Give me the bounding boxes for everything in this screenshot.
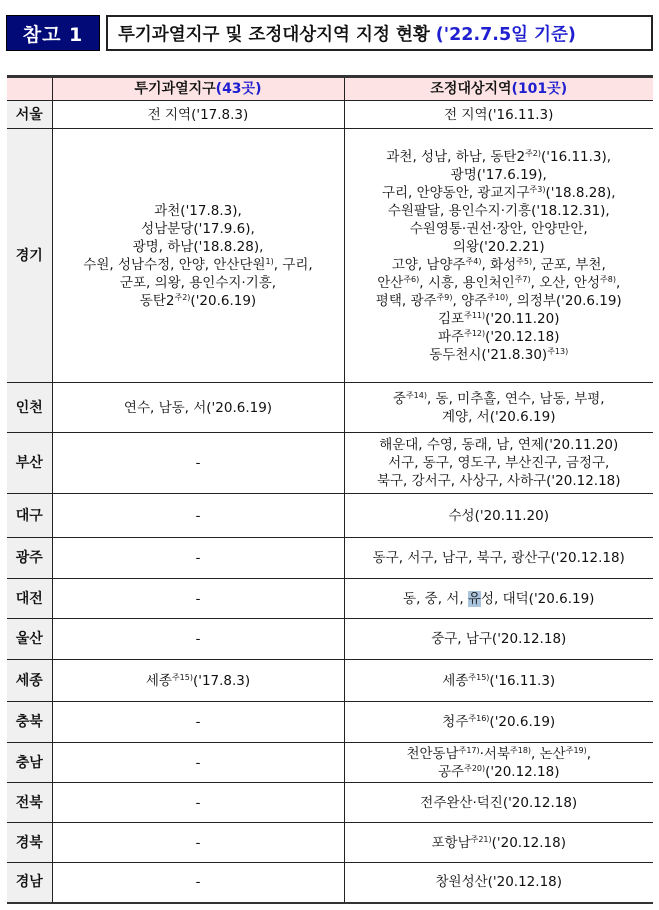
- text-segment: ('16.11.3),: [541, 149, 611, 165]
- speculative-cell: -: [52, 494, 344, 538]
- cell-line: 동탄2주2)('20.6.19): [57, 292, 340, 310]
- footnote-mark: 주19): [566, 746, 587, 755]
- cell-line: -: [57, 454, 340, 472]
- cell-line: 북구, 강서구, 사상구, 사하구('20.12.18): [349, 472, 650, 490]
- footnote-mark: 주18): [510, 746, 531, 755]
- cell-line: 포항남주21)('20.12.18): [349, 834, 650, 852]
- text-segment: ,: [587, 746, 591, 762]
- speculative-cell: 과천('17.8.3),성남분당('17.9.6),광명, 하남('18.8.2…: [52, 129, 344, 383]
- table-row: 전북-전주완산·덕진('20.12.18): [7, 783, 653, 823]
- text-segment: ·서북: [480, 746, 510, 762]
- region-cell: 충북: [7, 702, 52, 743]
- table-row: 세종세종주15)('17.8.3)세종주15)('16.11.3): [7, 660, 653, 702]
- table-header-row: 투기과열지구(43곳) 조정대상지역(101곳): [7, 77, 653, 101]
- text-segment: ('20.12.18): [485, 764, 559, 780]
- speculative-cell: 연수, 남동, 서('20.6.19): [52, 383, 344, 433]
- header-adjustment-label: 조정대상지역: [430, 81, 511, 97]
- table-row: 광주-동구, 서구, 남구, 북구, 광산구('20.12.18): [7, 538, 653, 579]
- text-segment: 안산: [377, 275, 403, 291]
- text-segment: -: [196, 508, 201, 524]
- cell-line: 김포주11)('20.11.20): [349, 310, 650, 328]
- cell-line: 천안동남주17)·서북주18), 논산주19),: [349, 745, 650, 763]
- title-row: 참고 1 투기과열지구 및 조정대상지역 지정 현황 ('22.7.5일 기준): [6, 15, 653, 51]
- footnote-mark: 주14): [406, 391, 427, 400]
- speculative-cell: 세종주15)('17.8.3): [52, 660, 344, 702]
- text-segment: 전 지역('16.11.3): [444, 107, 553, 123]
- speculative-cell: -: [52, 579, 344, 619]
- text-segment: -: [196, 714, 201, 730]
- speculative-cell: 전 지역('17.8.3): [52, 101, 344, 129]
- cell-line: 군포, 의왕, 용인수지·기흥,: [57, 274, 340, 292]
- text-segment: -: [196, 835, 201, 851]
- text-segment: ('17.8.3): [193, 673, 250, 689]
- text-segment: 파주: [438, 329, 464, 345]
- region-cell: 경북: [7, 823, 52, 863]
- cell-line: 수원, 성남수정, 안양, 안산단원1), 구리,: [57, 256, 340, 274]
- text-segment: , 군포, 부천,: [532, 257, 606, 273]
- footnote-mark: 주7): [515, 275, 531, 284]
- text-segment: 천안동남: [406, 746, 458, 762]
- text-segment: , 논산: [531, 746, 566, 762]
- text-segment: -: [196, 550, 201, 566]
- text-segment: -: [196, 455, 201, 471]
- table-row: 충남-천안동남주17)·서북주18), 논산주19),공주주20)('20.12…: [7, 743, 653, 783]
- cell-line: 수성('20.11.20): [349, 507, 650, 525]
- speculative-cell: -: [52, 823, 344, 863]
- text-segment: 과천, 성남, 하남, 동탄2: [386, 149, 525, 165]
- text-segment: 계양, 서('20.6.19): [442, 409, 555, 425]
- cell-line: 과천('17.8.3),: [57, 202, 340, 220]
- document-title: 투기과열지구 및 조정대상지역 지정 현황 ('22.7.5일 기준): [106, 15, 653, 51]
- cell-line: -: [57, 713, 340, 731]
- designation-table: 투기과열지구(43곳) 조정대상지역(101곳) 서울전 지역('17.8.3)…: [7, 75, 653, 904]
- region-cell: 울산: [7, 619, 52, 660]
- adjustment-cell: 동, 중, 서, 유성, 대덕('20.6.19): [344, 579, 653, 619]
- text-segment: 고양, 남양주: [392, 257, 466, 273]
- footnote-mark: 주20): [464, 764, 485, 773]
- text-segment: -: [196, 591, 201, 607]
- adjustment-cell: 창원성산('20.12.18): [344, 863, 653, 903]
- cell-line: 해운대, 수영, 동래, 남, 연제('20.11.20): [349, 436, 650, 454]
- cell-line: 동, 중, 서, 유성, 대덕('20.6.19): [349, 590, 650, 608]
- cell-line: -: [57, 590, 340, 608]
- adjustment-cell: 과천, 성남, 하남, 동탄2주2)('16.11.3),광명('17.6.19…: [344, 129, 653, 383]
- footnote-mark: 주2): [174, 293, 190, 302]
- header-speculative: 투기과열지구(43곳): [52, 77, 344, 101]
- table-row: 울산-중구, 남구('20.12.18): [7, 619, 653, 660]
- footnote-mark: 주12): [464, 329, 485, 338]
- text-segment: ('20.6.19): [190, 293, 256, 309]
- text-segment: 연수, 남동, 서('20.6.19): [124, 400, 272, 416]
- table-body: 서울전 지역('17.8.3)전 지역('16.11.3)경기과천('17.8.…: [7, 101, 653, 903]
- footnote-mark: 주10): [487, 293, 508, 302]
- speculative-cell: -: [52, 538, 344, 579]
- text-segment: 광명('17.6.19),: [451, 167, 547, 183]
- region-cell: 인천: [7, 383, 52, 433]
- footnote-mark: 주15): [172, 673, 193, 682]
- table-row: 경남-창원성산('20.12.18): [7, 863, 653, 903]
- footnote-mark: 주5): [516, 257, 532, 266]
- region-cell: 대구: [7, 494, 52, 538]
- text-segment: 창원성산('20.12.18): [435, 874, 562, 890]
- cell-line: 전 지역('17.8.3): [57, 106, 340, 124]
- cell-line: 동구, 서구, 남구, 북구, 광산구('20.12.18): [349, 549, 650, 567]
- region-cell: 세종: [7, 660, 52, 702]
- text-segment: 성, 대덕('20.6.19): [481, 591, 594, 607]
- speculative-cell: -: [52, 702, 344, 743]
- cell-line: -: [57, 794, 340, 812]
- cell-line: 광명('17.6.19),: [349, 166, 650, 184]
- region-cell: 경남: [7, 863, 52, 903]
- speculative-cell: -: [52, 619, 344, 660]
- adjustment-cell: 중주14), 동, 미추홀, 연수, 남동, 부평,계양, 서('20.6.19…: [344, 383, 653, 433]
- header-speculative-label: 투기과열지구: [135, 81, 216, 97]
- cell-line: 연수, 남동, 서('20.6.19): [57, 399, 340, 417]
- footnote-mark: 주8): [600, 275, 616, 284]
- text-segment: 전주완산·덕진('20.12.18): [420, 795, 577, 811]
- text-segment: 광명, 하남('18.8.28),: [133, 239, 264, 255]
- cell-line: 중구, 남구('20.12.18): [349, 630, 650, 648]
- cell-line: 수원팔달, 용인수지·기흥('18.12.31),: [349, 202, 650, 220]
- text-segment: ('18.8.28),: [545, 185, 615, 201]
- region-cell: 광주: [7, 538, 52, 579]
- cell-line: 수원영통·권선·장안, 안양만안,: [349, 220, 650, 238]
- text-segment: 포항남: [431, 835, 470, 851]
- cell-line: 공주주20)('20.12.18): [349, 763, 650, 781]
- text-segment: 김포: [438, 311, 464, 327]
- text-segment: 해운대, 수영, 동래, 남, 연제('20.11.20): [379, 437, 618, 453]
- header-adjustment-count: (101곳): [512, 81, 568, 97]
- region-cell: 서울: [7, 101, 52, 129]
- table-row: 대전-동, 중, 서, 유성, 대덕('20.6.19): [7, 579, 653, 619]
- text-segment: -: [196, 874, 201, 890]
- cell-line: 파주주12)('20.12.18): [349, 328, 650, 346]
- text-segment: 청주: [442, 714, 468, 730]
- text-segment: , 화성: [482, 257, 517, 273]
- text-segment: 북구, 강서구, 사상구, 사하구('20.12.18): [377, 473, 621, 489]
- speculative-cell: -: [52, 433, 344, 494]
- footnote-mark: 주16): [468, 714, 489, 723]
- text-segment: 서구, 동구, 영도구, 부산진구, 금정구,: [388, 455, 609, 471]
- table-row: 대구-수성('20.11.20): [7, 494, 653, 538]
- speculative-cell: -: [52, 743, 344, 783]
- text-segment: 수성('20.11.20): [449, 508, 549, 524]
- text-segment: 세종: [146, 673, 172, 689]
- table-row: 경기과천('17.8.3),성남분당('17.9.6),광명, 하남('18.8…: [7, 129, 653, 383]
- text-segment: 의왕('20.2.21): [453, 239, 545, 255]
- cell-line: 평택, 광주주9), 양주주10), 의정부('20.6.19): [349, 292, 650, 310]
- cell-line: 광명, 하남('18.8.28),: [57, 238, 340, 256]
- table-row: 인천연수, 남동, 서('20.6.19)중주14), 동, 미추홀, 연수, …: [7, 383, 653, 433]
- region-cell: 충남: [7, 743, 52, 783]
- cell-line: 고양, 남양주주4), 화성주5), 군포, 부천,: [349, 256, 650, 274]
- cell-line: 성남분당('17.9.6),: [57, 220, 340, 238]
- selected-text: 유: [468, 591, 481, 607]
- cell-line: 청주주16)('20.6.19): [349, 713, 650, 731]
- text-segment: 동구, 서구, 남구, 북구, 광산구('20.12.18): [373, 550, 625, 566]
- text-segment: 평택, 광주: [376, 293, 437, 309]
- cell-line: 의왕('20.2.21): [349, 238, 650, 256]
- cell-line: 구리, 안양동안, 광교지구주3)('18.8.28),: [349, 184, 650, 202]
- text-segment: 동탄2: [140, 293, 175, 309]
- cell-line: -: [57, 873, 340, 891]
- cell-line: 동두천시('21.8.30)주13): [349, 346, 650, 364]
- cell-line: 전 지역('16.11.3): [349, 106, 650, 124]
- cell-line: 창원성산('20.12.18): [349, 873, 650, 891]
- adjustment-cell: 전 지역('16.11.3): [344, 101, 653, 129]
- text-segment: ('20.12.18): [485, 329, 559, 345]
- speculative-cell: -: [52, 783, 344, 823]
- header-adjustment: 조정대상지역(101곳): [344, 77, 653, 101]
- adjustment-cell: 포항남주21)('20.12.18): [344, 823, 653, 863]
- text-segment: 수원, 성남수정, 안양, 안산단원: [83, 257, 265, 273]
- text-segment: 전 지역('17.8.3): [148, 107, 249, 123]
- table-row: 경북-포항남주21)('20.12.18): [7, 823, 653, 863]
- cell-line: 전주완산·덕진('20.12.18): [349, 794, 650, 812]
- footnote-mark: 1): [266, 257, 274, 266]
- text-segment: ('20.12.18): [492, 835, 566, 851]
- text-segment: ('20.6.19): [489, 714, 555, 730]
- adjustment-cell: 세종주15)('16.11.3): [344, 660, 653, 702]
- footnote-mark: 주9): [437, 293, 453, 302]
- text-segment: , 동, 미추홀, 연수, 남동, 부평,: [427, 391, 605, 407]
- reference-badge: 참고 1: [6, 15, 100, 51]
- text-segment: 군포, 의왕, 용인수지·기흥,: [120, 275, 276, 291]
- cell-line: -: [57, 834, 340, 852]
- footnote-mark: 주3): [530, 185, 546, 194]
- footnote-mark: 주11): [464, 311, 485, 320]
- cell-line: -: [57, 549, 340, 567]
- text-segment: 동두천시('21.8.30): [429, 347, 547, 363]
- text-segment: 중구, 남구('20.12.18): [431, 631, 566, 647]
- table-row: 부산-해운대, 수영, 동래, 남, 연제('20.11.20)서구, 동구, …: [7, 433, 653, 494]
- region-cell: 부산: [7, 433, 52, 494]
- text-segment: -: [196, 755, 201, 771]
- text-segment: -: [196, 631, 201, 647]
- region-cell: 전북: [7, 783, 52, 823]
- table-row: 서울전 지역('17.8.3)전 지역('16.11.3): [7, 101, 653, 129]
- text-segment: , 의정부('20.6.19): [508, 293, 621, 309]
- region-cell: 경기: [7, 129, 52, 383]
- text-segment: ,: [616, 275, 620, 291]
- cell-line: 과천, 성남, 하남, 동탄2주2)('16.11.3),: [349, 148, 650, 166]
- text-segment: 수원팔달, 용인수지·기흥('18.12.31),: [388, 203, 610, 219]
- text-segment: 세종: [442, 673, 468, 689]
- adjustment-cell: 해운대, 수영, 동래, 남, 연제('20.11.20)서구, 동구, 영도구…: [344, 433, 653, 494]
- text-segment: , 시흥, 용인처인: [419, 275, 514, 291]
- adjustment-cell: 수성('20.11.20): [344, 494, 653, 538]
- text-segment: 구리, 안양동안, 광교지구: [382, 185, 530, 201]
- cell-line: 계양, 서('20.6.19): [349, 408, 650, 426]
- text-segment: 중: [393, 391, 406, 407]
- adjustment-cell: 청주주16)('20.6.19): [344, 702, 653, 743]
- cell-line: 서구, 동구, 영도구, 부산진구, 금정구,: [349, 454, 650, 472]
- cell-line: 안산주6), 시흥, 용인처인주7), 오산, 안성주8),: [349, 274, 650, 292]
- cell-line: -: [57, 630, 340, 648]
- speculative-cell: -: [52, 863, 344, 903]
- footnote-mark: 주13): [547, 347, 568, 356]
- adjustment-cell: 동구, 서구, 남구, 북구, 광산구('20.12.18): [344, 538, 653, 579]
- text-segment: ('20.11.20): [485, 311, 559, 327]
- footnote-mark: 주21): [471, 835, 492, 844]
- adjustment-cell: 전주완산·덕진('20.12.18): [344, 783, 653, 823]
- text-segment: -: [196, 795, 201, 811]
- text-segment: , 오산, 안성: [531, 275, 600, 291]
- text-segment: , 양주: [453, 293, 488, 309]
- footnote-mark: 주6): [403, 275, 419, 284]
- adjustment-cell: 중구, 남구('20.12.18): [344, 619, 653, 660]
- adjustment-cell: 천안동남주17)·서북주18), 논산주19),공주주20)('20.12.18…: [344, 743, 653, 783]
- text-segment: 성남분당('17.9.6),: [141, 221, 255, 237]
- cell-line: 세종주15)('17.8.3): [57, 672, 340, 690]
- text-segment: ('16.11.3): [489, 673, 555, 689]
- text-segment: , 구리,: [274, 257, 313, 273]
- cell-line: -: [57, 507, 340, 525]
- cell-line: -: [57, 754, 340, 772]
- footnote-mark: 주2): [525, 149, 541, 158]
- cell-line: 세종주15)('16.11.3): [349, 672, 650, 690]
- footnote-mark: 주4): [466, 257, 482, 266]
- title-text: 투기과열지구 및 조정대상지역 지정 현황: [118, 21, 430, 46]
- text-segment: 동, 중, 서,: [403, 591, 468, 607]
- footnote-mark: 주15): [468, 673, 489, 682]
- header-region: [7, 77, 52, 101]
- footnote-mark: 주17): [459, 746, 480, 755]
- table-row: 충북-청주주16)('20.6.19): [7, 702, 653, 743]
- text-segment: 공주: [438, 764, 464, 780]
- text-segment: 수원영통·권선·장안, 안양만안,: [410, 221, 588, 237]
- text-segment: 과천('17.8.3),: [154, 203, 242, 219]
- title-date: ('22.7.5일 기준): [436, 21, 576, 46]
- header-speculative-count: (43곳): [216, 81, 262, 97]
- region-cell: 대전: [7, 579, 52, 619]
- cell-line: 중주14), 동, 미추홀, 연수, 남동, 부평,: [349, 390, 650, 408]
